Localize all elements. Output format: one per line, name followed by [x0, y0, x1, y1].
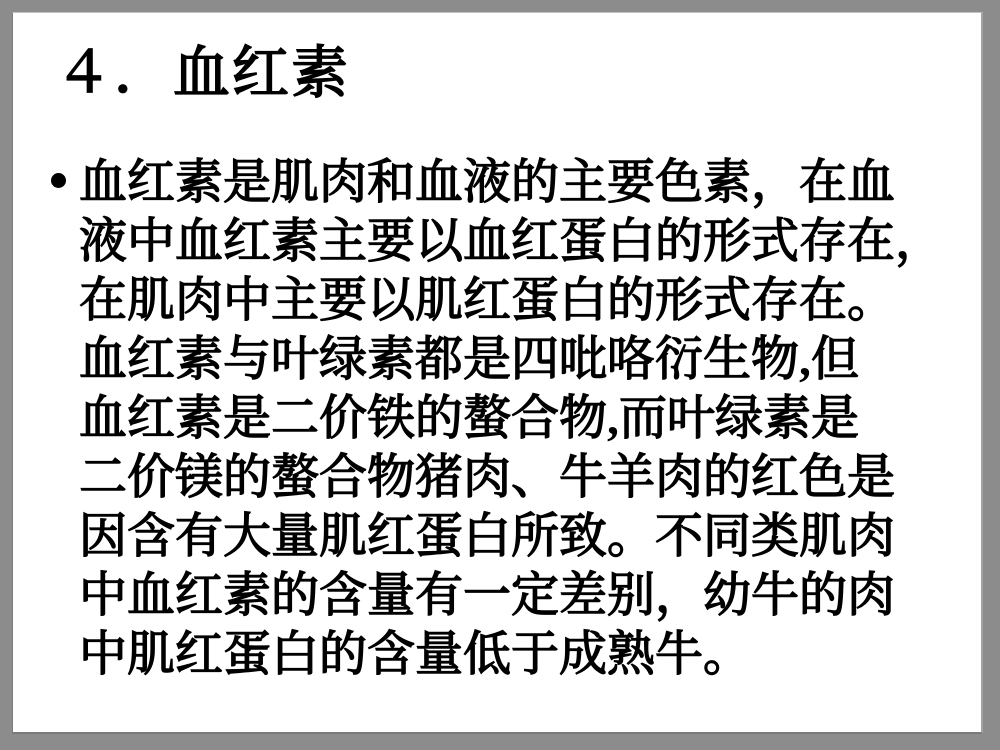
body-line: 因含有大量肌红蛋白所致。不同类肌肉: [79, 507, 943, 566]
body-line: 血红素与叶绿素都是四吡咯衍生物,但: [79, 330, 943, 389]
slide-canvas: ４．血红素 血红素是肌肉和血液的主要色素，在血 液中血红素主要以血红蛋白的形式存…: [0, 0, 1000, 750]
body-text: 血红素是肌肉和血液的主要色素，在血 液中血红素主要以血红蛋白的形式存在， 在肌肉…: [79, 153, 943, 684]
slide-body: 血红素是肌肉和血液的主要色素，在血 液中血红素主要以血红蛋白的形式存在， 在肌肉…: [43, 153, 943, 684]
body-line: 血红素是肌肉和血液的主要色素，在血: [79, 153, 943, 212]
body-line: 血红素是二价铁的螯合物,而叶绿素是: [79, 389, 943, 448]
body-line: 中肌红蛋白的含量低于成熟牛。: [79, 625, 943, 684]
bullet-marker: [51, 173, 66, 188]
body-line: 液中血红素主要以血红蛋白的形式存在，: [79, 212, 943, 271]
body-line: 中血红素的含量有一定差别，幼牛的肉: [79, 566, 943, 625]
slide: ４．血红素 血红素是肌肉和血液的主要色素，在血 液中血红素主要以血红蛋白的形式存…: [12, 12, 983, 734]
body-line: 二价镁的螯合物猪肉、牛羊肉的红色是: [79, 448, 943, 507]
body-line: 在肌肉中主要以肌红蛋白的形式存在。: [79, 271, 943, 330]
slide-title: ４．血红素: [55, 41, 350, 107]
